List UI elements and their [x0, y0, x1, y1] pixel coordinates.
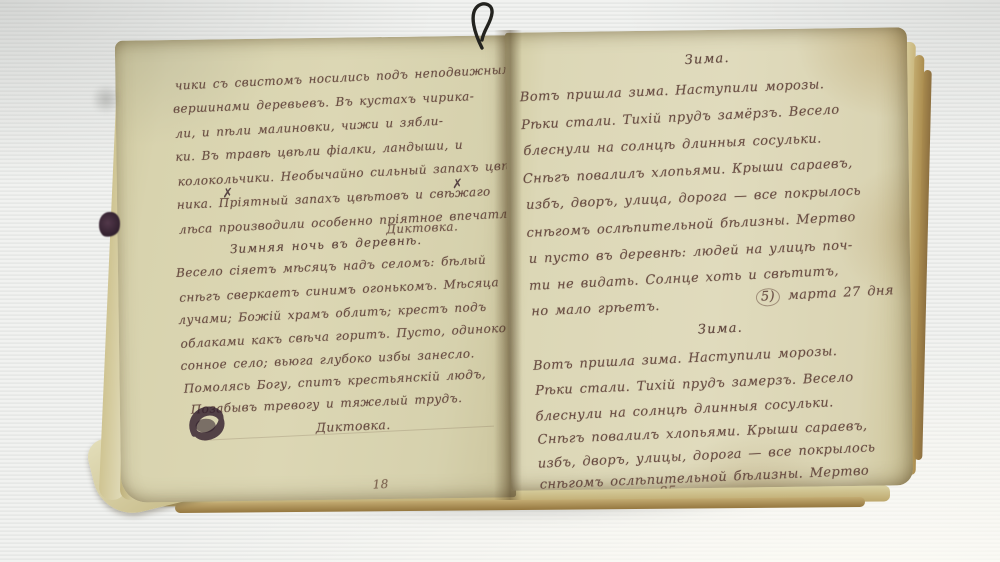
manuscript-line: лѣса производили особенно пріятное впеча…: [179, 205, 517, 237]
wire-clip-icon: [462, 0, 506, 50]
manuscript-line: вершинами деревьевъ. Въ кустахъ чирика-: [173, 89, 475, 116]
manuscript-line: блеснули на солнцѣ длинныя сосульки.: [535, 395, 834, 425]
manuscript-line: Вотъ пришла зима. Наступили морозы.: [533, 344, 838, 374]
manuscript-line: и пусто въ деревнѣ: людей на улицѣ поч-: [528, 238, 853, 267]
manuscript-line: Вотъ пришла зима. Наступили морозы.: [520, 77, 825, 105]
right-page: Зима. Вотъ пришла зима. Наступили морозы…: [505, 27, 913, 491]
dictation-footer: Диктовка.: [315, 417, 390, 435]
manuscript-line: ли, и пѣли малиновки, чижи и зябли-: [175, 114, 444, 141]
section-title: Зима.: [506, 42, 908, 77]
left-page: чики съ свистомъ носились подъ неподвижн…: [115, 35, 516, 502]
photograph-of-open-notebook: чики съ свистомъ носились подъ неподвижн…: [0, 0, 1000, 562]
poem-heading: Зимняя ночь въ деревнѣ.: [230, 233, 423, 256]
grade-mark: 5): [756, 288, 781, 307]
poem-line: лучами; Божій храмъ облитъ; крестъ подъ: [178, 300, 487, 327]
manuscript-line: Рѣки стали. Тихій прудъ замерзъ. Весело: [535, 370, 854, 399]
page-number: 18: [372, 477, 389, 492]
ink-blot: [182, 398, 251, 457]
gray-smudge: [93, 82, 119, 116]
date-text: марта 27 дня: [788, 283, 895, 303]
manuscript-line: Рѣки стали. Тихій прудъ замёрзъ. Весело: [521, 103, 840, 134]
date-line: 5)марта 27 дня: [756, 283, 895, 305]
manuscript-line: колокольчики. Необычайно сильный запахъ …: [177, 158, 516, 189]
teacher-correction-x-icon: ✗: [452, 177, 464, 193]
manuscript-line: блеснули на солнцѣ длинныя сосульки.: [523, 131, 822, 159]
manuscript-line: избъ, дворъ, улица, дорога — все покрыло…: [526, 184, 861, 213]
manuscript-line: снѣгомъ ослѣпительной бѣлизны. Мертво: [526, 210, 856, 241]
left-page-text: чики съ свистомъ носились подъ неподвижн…: [115, 35, 516, 502]
manuscript-line: но мало грѣетъ.: [531, 299, 660, 319]
teacher-correction-x-icon: ✗: [222, 186, 234, 202]
right-page-text: Зима. Вотъ пришла зима. Наступили морозы…: [505, 27, 913, 491]
manuscript-line: ки. Въ травѣ цвѣли фіалки, ландыши, и: [175, 138, 463, 164]
manuscript-line: Снѣгъ повалилъ хлопьями. Крыши сараевъ,: [523, 156, 853, 187]
notebook-gutter-shadow: [494, 30, 522, 500]
section-title: Зима.: [519, 313, 913, 345]
manuscript-line: чики съ свистомъ носились подъ неподвижн…: [175, 62, 517, 93]
poem-line: Весело сіяетъ мѣсяцъ надъ селомъ: бѣлый: [176, 253, 487, 280]
